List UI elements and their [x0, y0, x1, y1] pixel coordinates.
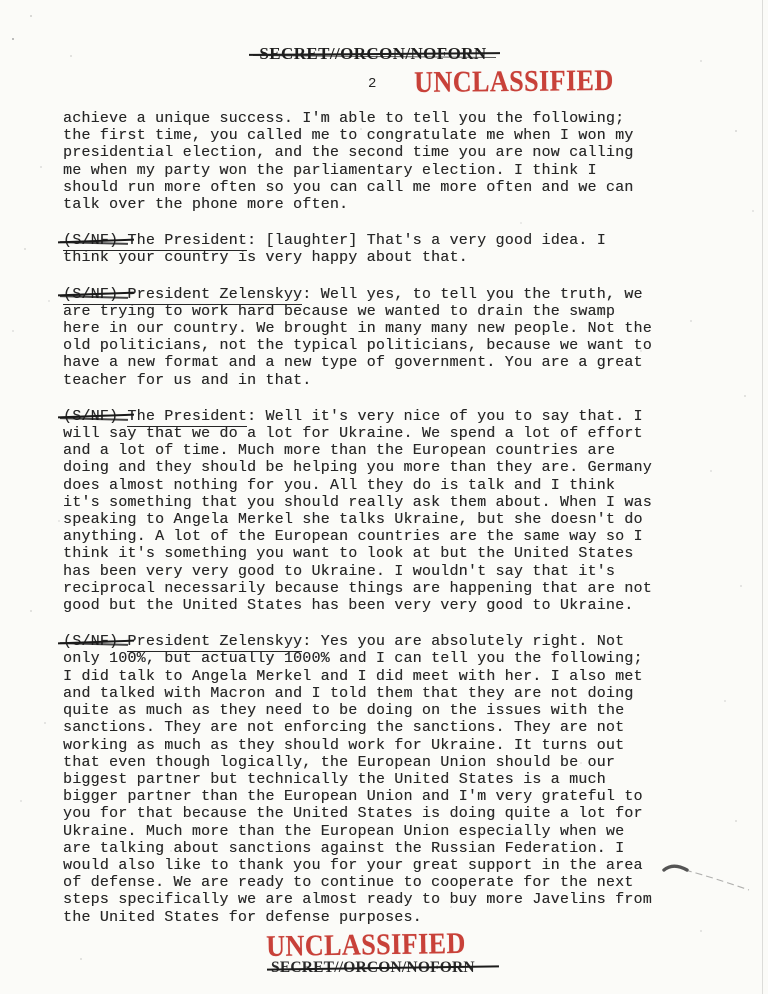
- speaker-name: President Zelenskyy: [127, 286, 302, 303]
- struck-classification-text: SECRET//ORCON/NOFORN: [271, 959, 475, 977]
- paragraph: achieve a unique success. I'm able to te…: [63, 110, 663, 213]
- classification-marking: (S/NF): [63, 408, 118, 425]
- top-classification-marking: SECRET//ORCON/NOFORN: [0, 44, 757, 64]
- unclassified-stamp-top: UNCLASSIFIED: [414, 66, 614, 98]
- paragraph-text: achieve a unique success. I'm able to te…: [63, 110, 634, 213]
- speaker-name: The President: [127, 408, 247, 427]
- classification-marking: (S/NF): [63, 633, 118, 650]
- speaker-line: (S/NF) The President: [63, 232, 247, 251]
- paragraph: (S/NF) The President: Well it's very nic…: [63, 408, 663, 614]
- paragraph-text: : Well it's very nice of you to say that…: [63, 408, 652, 614]
- scan-speckles: [0, 0, 2, 2]
- paragraph: (S/NF) The President: [laughter] That's …: [63, 232, 663, 266]
- speaker-line: (S/NF) President Zelenskyy: [63, 286, 302, 305]
- classification-marking: (S/NF): [63, 286, 118, 303]
- struck-classification-text: SECRET//ORCON/NOFORN: [259, 44, 486, 64]
- speaker-name: The President: [127, 232, 247, 249]
- paragraph-text: : Yes you are absolutely right. Not only…: [63, 633, 652, 925]
- speaker-name: President Zelenskyy: [127, 633, 302, 652]
- bottom-classification-marking: SECRET//ORCON/NOFORN: [271, 959, 475, 977]
- scan-edge-shadow: [762, 0, 763, 994]
- document-page: SECRET//ORCON/NOFORN 2 UNCLASSIFIED achi…: [0, 0, 768, 994]
- unclassified-stamp-bottom: UNCLASSIFIED: [266, 929, 466, 962]
- page-number: 2: [368, 76, 376, 92]
- paragraph: (S/NF) President Zelenskyy: Yes you are …: [63, 633, 663, 925]
- paragraph: (S/NF) President Zelenskyy: Well yes, to…: [63, 286, 663, 389]
- memo-body: achieve a unique success. I'm able to te…: [63, 110, 663, 945]
- pen-stroke-mark: [656, 858, 756, 900]
- classification-marking: (S/NF): [63, 232, 118, 249]
